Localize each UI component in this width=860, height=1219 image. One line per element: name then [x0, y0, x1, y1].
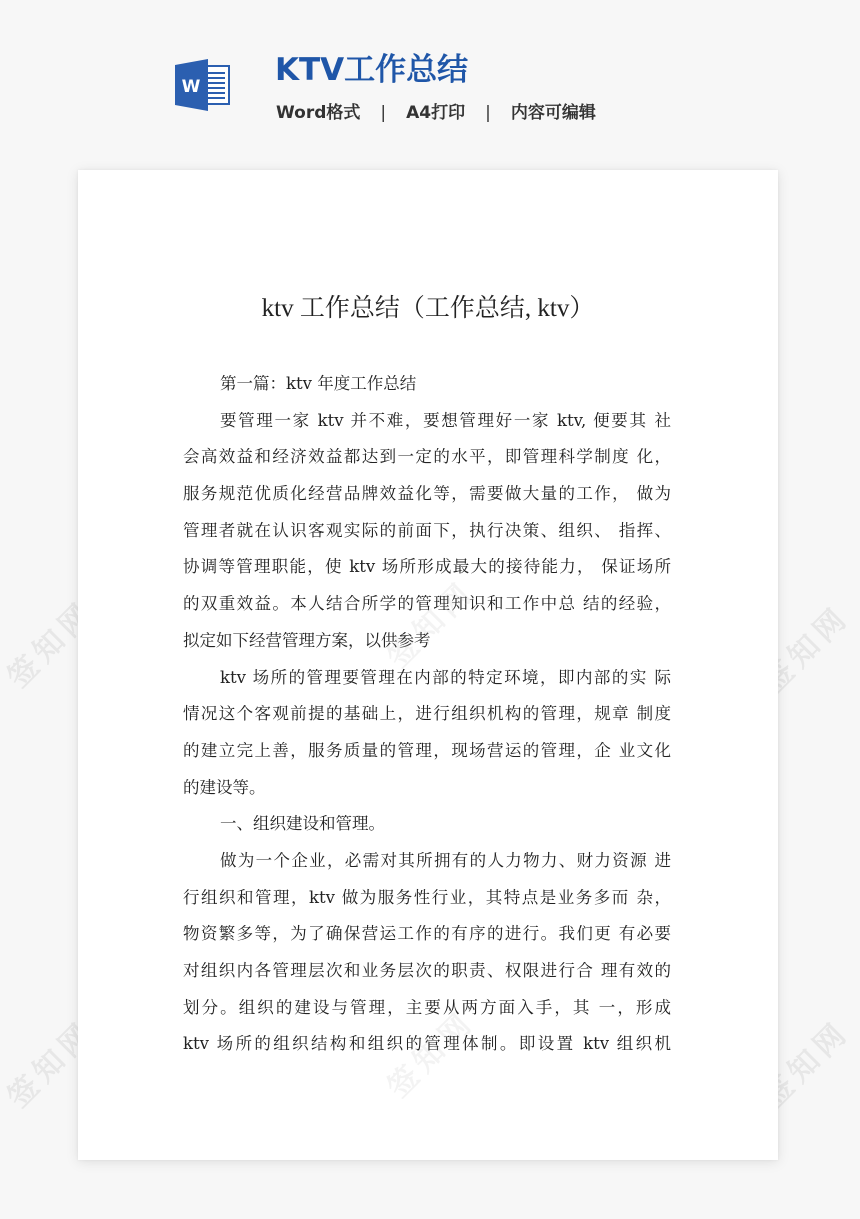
text-line: 会高效益和经济效益都达到一定的水平，即管理科学制度 化， [183, 439, 671, 476]
feature-list: Word格式 | A4打印 | 内容可编辑 [276, 101, 596, 125]
separator: | [485, 101, 491, 125]
svg-text:W: W [182, 77, 201, 97]
document-title: ktv 工作总结（工作总结, ktv） [78, 292, 778, 326]
text-line: 拟定如下经营管理方案，以供参考 [183, 623, 671, 660]
text-line: 管理者就在认识客观实际的前面下，执行决策、组织、 指挥、 [183, 513, 671, 550]
text-line: ktv 场所的组织结构和组织的管理体制。即设置 ktv 组织机 [183, 1026, 671, 1063]
text-line: 情况这个客观前提的基础上，进行组织机构的管理，规章 制度 [183, 696, 671, 733]
text-line: 要管理一家 ktv 并不难，要想管理好一家 ktv, 便要其 社 [183, 403, 671, 440]
text-line: 做为一个企业，必需对其所拥有的人力物力、财力资源 进 [183, 843, 671, 880]
text-line: 的建设等。 [183, 770, 671, 807]
feature-a4-print: A4打印 [406, 101, 465, 125]
separator: | [380, 101, 386, 125]
text-line: 对组织内各管理层次和业务层次的职责、权限进行合 理有效的 [183, 953, 671, 990]
text-line: 划分。组织的建设与管理，主要从两方面入手，其 一，形成 [183, 990, 671, 1027]
text-line: 行组织和管理，ktv 做为服务性行业，其特点是业务多而 杂， [183, 880, 671, 917]
feature-editable: 内容可编辑 [511, 101, 596, 125]
header-banner: W KTV工作总结 Word格式 | A4打印 | 内容可编辑 [0, 0, 860, 170]
text-line: 的双重效益。本人结合所学的管理知识和工作中总 结的经验， [183, 586, 671, 623]
feature-word-format: Word格式 [276, 101, 360, 125]
document-page: ktv 工作总结（工作总结, ktv） 第一篇：ktv 年度工作总结要管理一家 … [78, 170, 778, 1160]
word-document-icon: W [175, 59, 231, 111]
text-line: 的建立完上善，服务质量的管理，现场营运的管理，企 业文化 [183, 733, 671, 770]
text-line: 一、组织建设和管理。 [183, 806, 671, 843]
header-title: KTV工作总结 [275, 50, 468, 90]
text-line: 协调等管理职能，使 ktv 场所形成最大的接待能力， 保证场所 [183, 549, 671, 586]
text-line: 第一篇：ktv 年度工作总结 [183, 366, 671, 403]
text-line: 服务规范优质化经营品牌效益化等，需要做大量的工作， 做为 [183, 476, 671, 513]
document-body: 第一篇：ktv 年度工作总结要管理一家 ktv 并不难，要想管理好一家 ktv,… [183, 366, 671, 1063]
text-line: ktv 场所的管理要管理在内部的特定环境，即内部的实 际 [183, 660, 671, 697]
text-line: 物资繁多等，为了确保营运工作的有序的进行。我们更 有必要 [183, 916, 671, 953]
